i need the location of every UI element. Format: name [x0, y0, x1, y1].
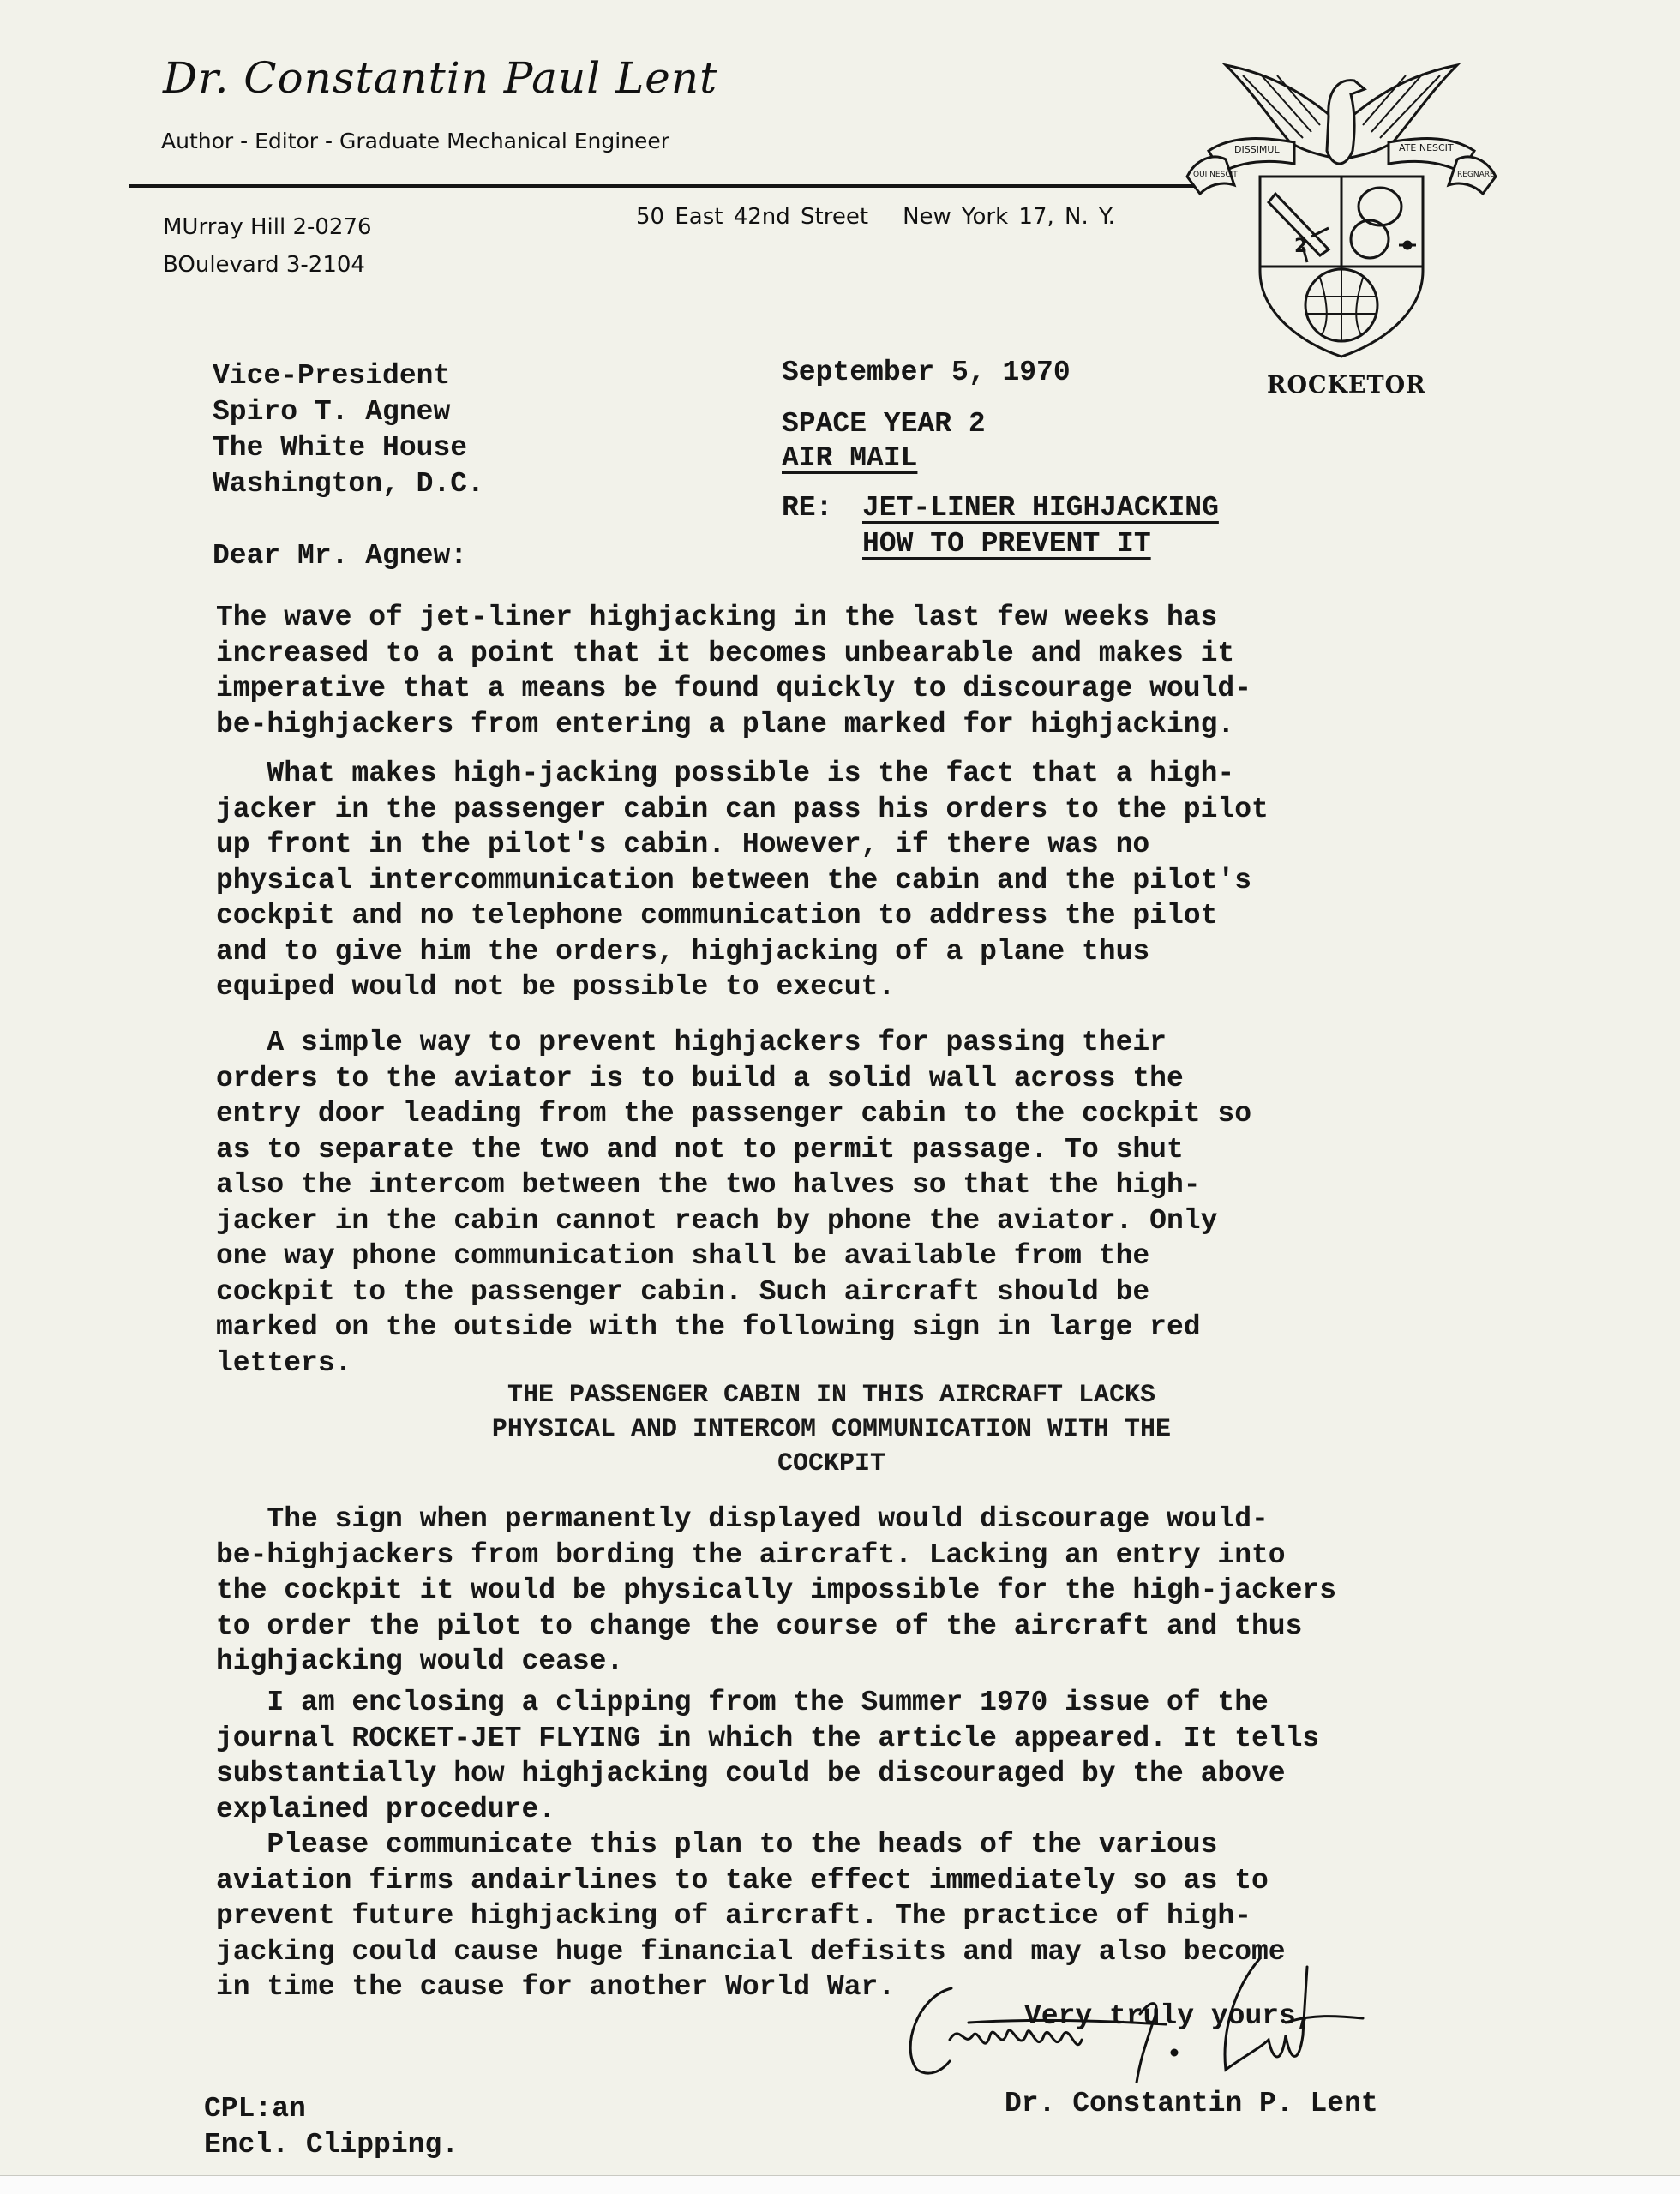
svg-text:ATE NESCIT: ATE NESCIT — [1399, 142, 1454, 153]
recipient-line-4: Washington, D.C. — [213, 466, 484, 502]
crest-caption: ROCKETOR — [1267, 372, 1426, 399]
subject-line-2: HOW TO PREVENT IT — [862, 526, 1151, 562]
space-year: SPACE YEAR 2 — [782, 406, 986, 442]
paragraph-5: I am enclosing a clipping from the Summe… — [216, 1685, 1502, 1827]
street-address: 50 East 42nd Street — [636, 204, 868, 230]
signer-name: Dr. Constantin P. Lent — [1005, 2086, 1378, 2122]
letterhead-divider — [129, 184, 1209, 188]
subject-line-1: JET-LINER HIGHJACKING — [862, 490, 1219, 526]
letterhead-name: Dr. Constantin Paul Lent — [163, 53, 717, 103]
delivery-method: AIR MAIL — [782, 441, 917, 477]
re-label: RE: — [782, 490, 832, 526]
paragraph-2: What makes high-jacking possible is the … — [216, 756, 1502, 1005]
letterhead-address: 50 East 42nd StreetNew York 17, N. Y. — [636, 204, 1115, 230]
salutation: Dear Mr. Agnew: — [213, 538, 467, 574]
phone-number-2: BOulevard 3-2104 — [163, 252, 365, 278]
paragraph-1: The wave of jet-liner highjacking in the… — [216, 600, 1502, 742]
reference-initials: CPL:an — [204, 2091, 306, 2127]
enclosure-note: Encl. Clipping. — [204, 2127, 459, 2163]
svg-text:DISSIMUL: DISSIMUL — [1234, 144, 1280, 155]
letterhead-tagline: Author - Editor - Graduate Mechanical En… — [161, 129, 669, 153]
recipient-line-3: The White House — [213, 430, 467, 466]
phone-number-1: MUrray Hill 2-0276 — [163, 214, 372, 240]
eagle-shield-crest-icon: 2 DISSIMUL ATE NESCIT QUI NESCIT REGNARE — [1174, 57, 1509, 365]
letter-date: September 5, 1970 — [782, 355, 1071, 391]
recipient-line-2: Spiro T. Agnew — [213, 394, 450, 430]
scan-margin — [0, 2175, 1680, 2194]
recipient-line-1: Vice-President — [213, 358, 450, 394]
svg-text:QUI NESCIT: QUI NESCIT — [1193, 171, 1238, 179]
svg-text:REGNARE: REGNARE — [1457, 171, 1495, 179]
aircraft-sign-text: THE PASSENGER CABIN IN THIS AIRCRAFT LAC… — [343, 1378, 1320, 1481]
paragraph-4: The sign when permanently displayed woul… — [216, 1502, 1502, 1680]
paragraph-3: A simple way to prevent highjackers for … — [216, 1025, 1502, 1381]
svg-text:2: 2 — [1294, 236, 1307, 257]
city-address: New York 17, N. Y. — [903, 204, 1115, 230]
handwritten-signature-icon — [883, 1954, 1500, 2083]
